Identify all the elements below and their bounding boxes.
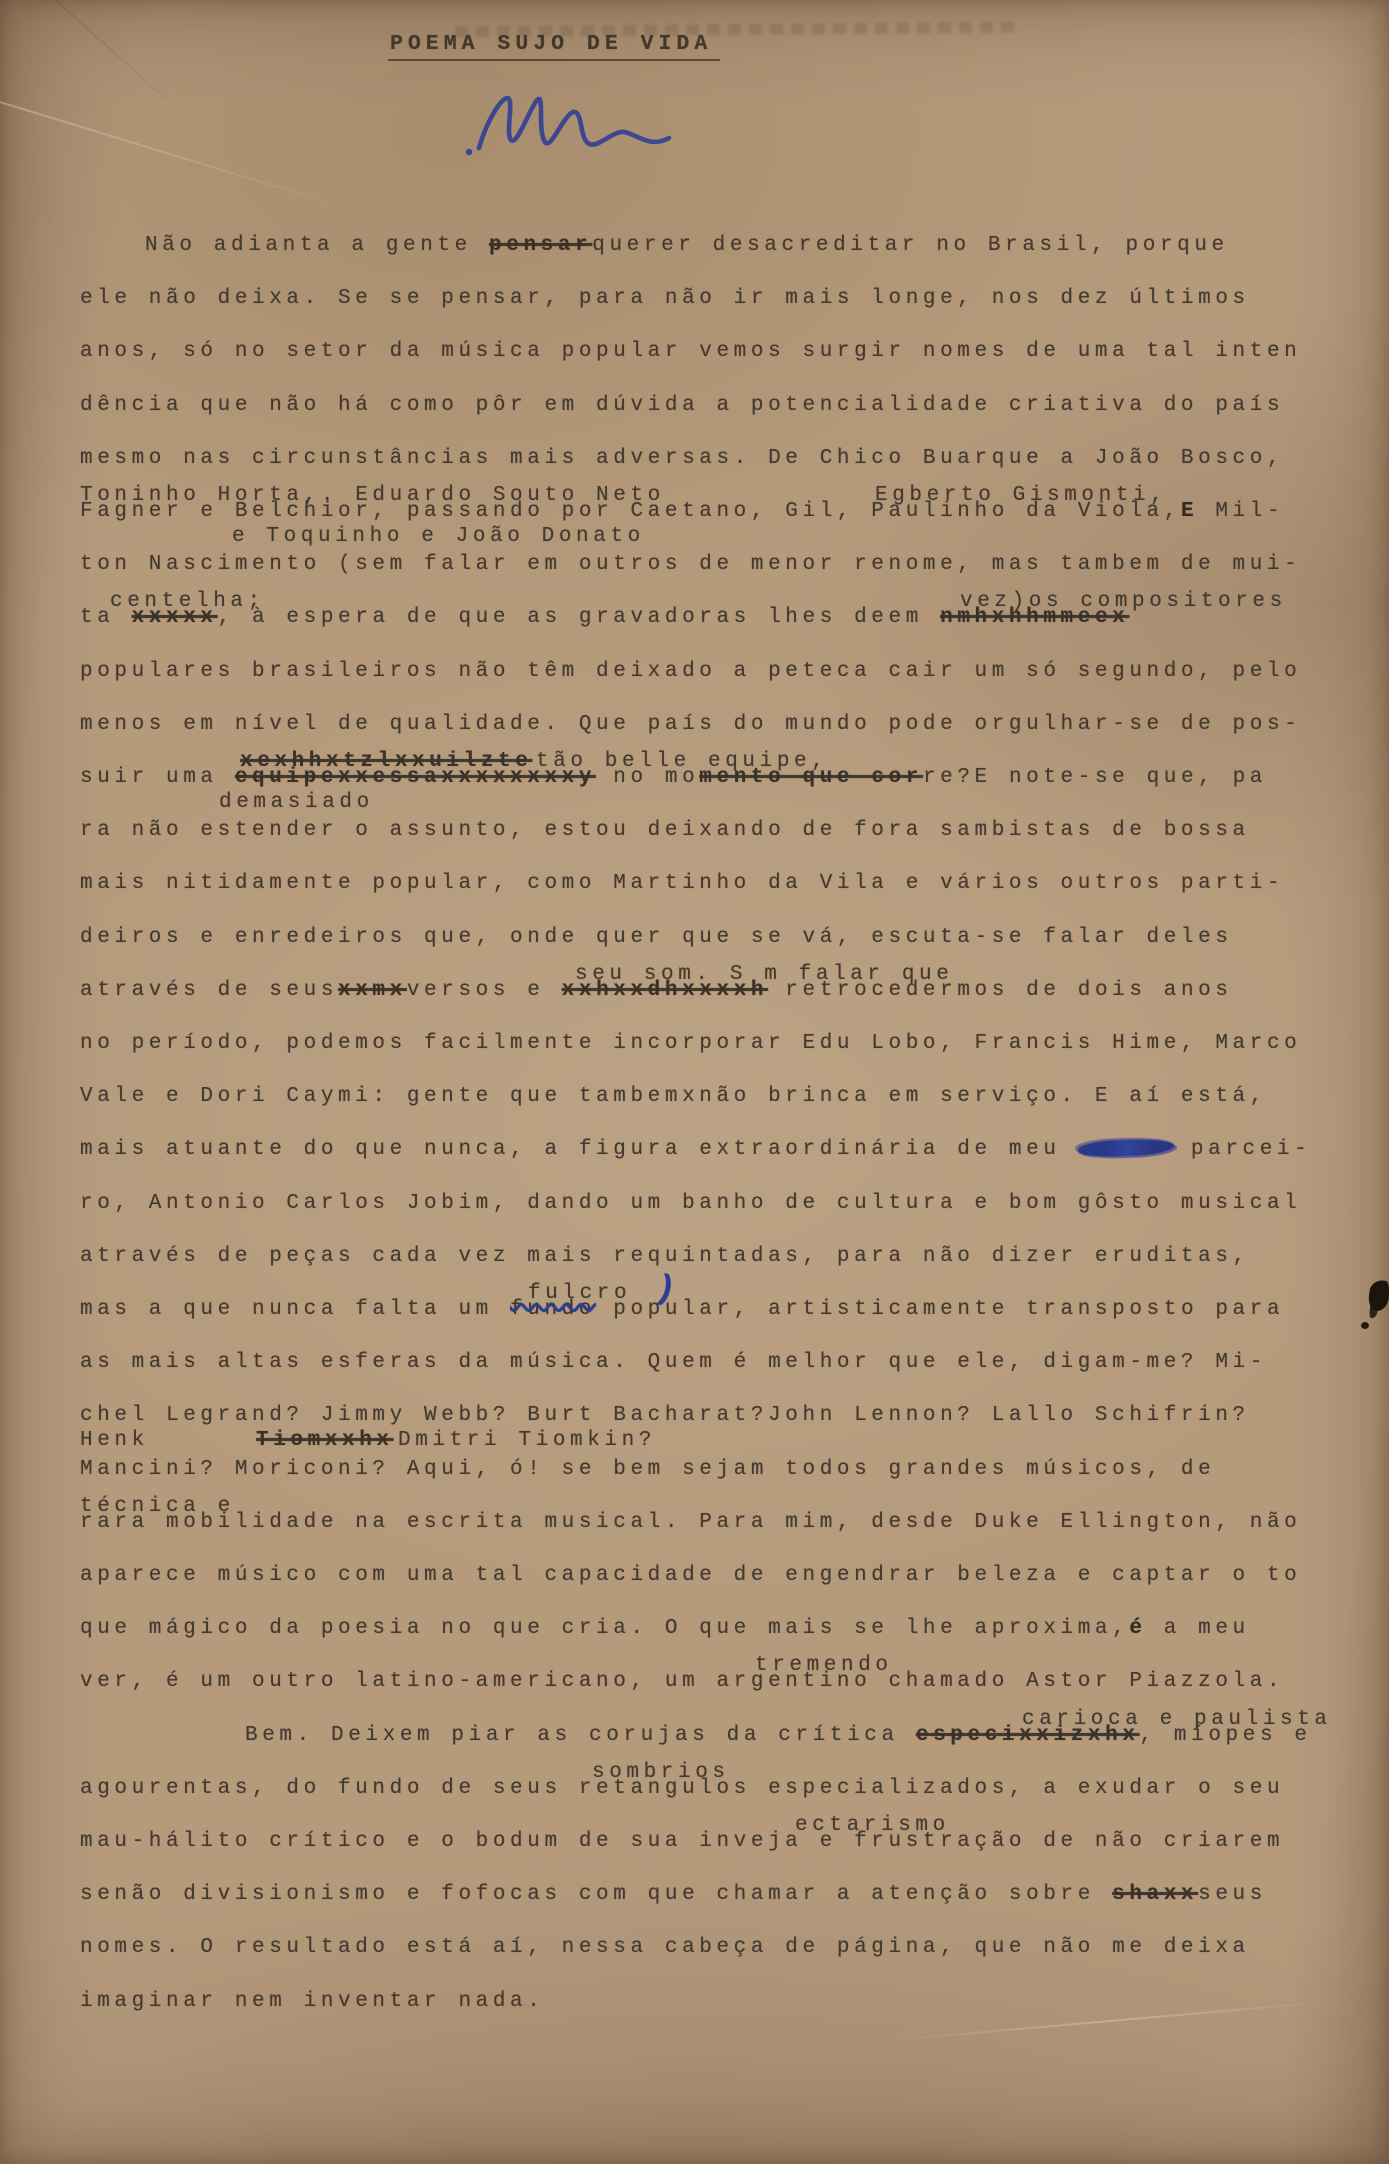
typed-text: , à espera de que as gravadoras lhes dee… (218, 606, 941, 629)
interlinear-insertion: e Toquinho e João Donato (232, 524, 645, 550)
typed-text: deiros e enredeiros que, onde quer que s… (80, 926, 1233, 949)
typed-text: Mil- (1198, 500, 1284, 523)
typed-text: populares brasileiros não têm deixado a … (80, 660, 1301, 683)
typed-text: mesmo nas circunstâncias mais adversas. … (80, 447, 1284, 470)
typed-text: que mágico da poesia no que cria. O que … (80, 1617, 1129, 1640)
typed-line: nomes. O resultado está aí, nessa cabeça… (80, 1935, 1372, 1988)
interlinear-insertion: centelha; (110, 589, 265, 615)
typed-line: ro, Antonio Carlos Jobim, dando um banho… (80, 1191, 1372, 1244)
typed-line: imaginar nem inventar nada. (80, 1989, 1372, 2042)
typed-line: através de seusxxmxversos e xxhxxdhxxxxh… (80, 978, 1372, 1031)
typed-text: menos em nível de qualidade. Que país do… (80, 713, 1301, 736)
ink-dot (1361, 1322, 1369, 1329)
typed-text: ver, é um outro latino-americano, um arg… (80, 1670, 1284, 1693)
typed-text: desacreditar no Brasil, porque (695, 234, 1228, 257)
typed-text: versos e (407, 979, 562, 1002)
interlinear-insertion: sombrios (592, 1760, 730, 1786)
typed-line: Não adianta a gente pensarquerer desacre… (80, 233, 1372, 286)
interlinear-insertion: xexhhxtzlxxuilzte (240, 749, 532, 775)
typed-line: mas a que nunca falta um fundo popular, … (80, 1297, 1372, 1350)
interlinear-insertion: seu som. S m falar que (575, 962, 953, 988)
typed-text: suir uma (80, 766, 235, 789)
typed-text: aparece músico com uma tal capacidade de… (80, 1564, 1301, 1587)
typed-text: através de peças cada vez mais requintad… (80, 1245, 1250, 1268)
interlinear-insertion: tremendo (755, 1653, 893, 1679)
typed-text: Bem. Deixem piar as corujas da crítica (245, 1724, 916, 1747)
typed-text: re?E note-se que, pa (923, 766, 1267, 789)
typed-line: dência que não há como pôr em dúvida a p… (80, 393, 1372, 446)
typed-text: ro, Antonio Carlos Jobim, dando um banho… (80, 1192, 1301, 1215)
typed-text: mas a que nunca falta um (80, 1298, 510, 1321)
interlinear-insertion: Dmitri Tiomkin? (398, 1428, 656, 1454)
interlinear-insertion: Toninho Horta,. Eduardo Souto Neto (80, 483, 665, 509)
typed-text: ton Nascimento (sem falar em outros de m… (80, 553, 1301, 576)
typed-text: seus (1198, 1883, 1267, 1906)
interlinear-insertion: Egberto Gismonti, (875, 483, 1167, 509)
typed-text: querer (592, 234, 695, 257)
interlinear-insertion: ) (653, 1278, 682, 1303)
typed-text: mais nitidamente popular, como Martinho … (80, 872, 1284, 895)
typed-text: rara mobilidade na escrita musical. Para… (80, 1511, 1301, 1534)
typed-line: senão divisionismo e fofocas com que cha… (80, 1882, 1372, 1935)
struck-text: pensar (489, 234, 592, 257)
typed-line: mais atuante do que nunca, a figura extr… (80, 1137, 1372, 1190)
struck-text: shaxx (1112, 1883, 1198, 1906)
typed-text: ra não estender o assunto, estou deixand… (80, 819, 1250, 842)
typed-line: ta xxxxx, à espera de que as gravadoras … (80, 605, 1372, 658)
interlinear-insertion: fulcro (528, 1281, 631, 1307)
interlinear-insertion: Henk (80, 1428, 149, 1454)
typed-text: anos, só no setor da música popular vemo… (80, 340, 1301, 363)
typed-line: Vale e Dori Caymi: gente que tambemxnão … (80, 1084, 1372, 1137)
typed-text: através de seus (80, 979, 338, 1002)
typed-text: no período, podemos facilmente incorpora… (80, 1032, 1301, 1055)
typed-line: anos, só no setor da música popular vemo… (80, 339, 1372, 392)
typed-line: através de peças cada vez mais requintad… (80, 1244, 1372, 1297)
interlinear-insertion: técnica e (80, 1494, 235, 1520)
typed-line: ra não estender o assunto, estou deixand… (80, 818, 1372, 871)
typed-text: imaginar nem inventar nada. (80, 1990, 544, 2013)
interlinear-insertion: carioca e paulista (1022, 1707, 1332, 1733)
typed-text: chel Legrand? Jimmy Webb? Burt Bacharat?… (80, 1404, 1250, 1427)
typed-line: Mancini? Moriconi? Aqui, ó! se bem sejam… (80, 1457, 1372, 1510)
typed-line: populares brasileiros não têm deixado a … (80, 659, 1372, 712)
typed-line: chel Legrand? Jimmy Webb? Burt Bacharat?… (80, 1403, 1372, 1456)
typed-text: Não adianta a gente (145, 234, 489, 257)
typed-line: ele não deixa. Se se pensar, para não ir… (80, 286, 1372, 339)
typed-text: as mais altas esferas da música. Quem é … (80, 1351, 1267, 1374)
typed-line: suir uma equipexxessaxxxxxxxxy no moment… (80, 765, 1372, 818)
typed-line: que mágico da poesia no que cria. O que … (80, 1616, 1372, 1669)
typed-line: agourentas, do fundo de seus retangulos … (80, 1776, 1372, 1829)
typed-line: no período, podemos facilmente incorpora… (80, 1031, 1372, 1084)
interlinear-insertion: ectarismo (795, 1813, 950, 1839)
typed-text: Mancini? Moriconi? Aqui, ó! se bem sejam… (80, 1458, 1215, 1481)
interlinear-insertion: demasiado (219, 790, 374, 816)
typed-text: Vale e Dori Caymi: gente que tambemxnão … (80, 1085, 1267, 1108)
interlinear-insertion: tão belle equipe, (536, 749, 828, 775)
typed-text: dência que não há como pôr em dúvida a p… (80, 394, 1284, 417)
typed-text: popular, artisticamente transposto para (596, 1298, 1284, 1321)
typed-text: nomes. O resultado está aí, nessa cabeça… (80, 1936, 1250, 1959)
typed-line: Fagner e Belchior, passando por Caetano,… (80, 499, 1372, 552)
document-body: Não adianta a gente pensarquerer desacre… (0, 0, 1389, 2164)
typed-line: aparece músico com uma tal capacidade de… (80, 1563, 1372, 1616)
typed-text: senão divisionismo e fofocas com que cha… (80, 1883, 1112, 1906)
typed-text: mau-hálito crítico e o bodum de sua inve… (80, 1830, 1284, 1853)
typed-text: mais atuante do que nunca, a figura extr… (80, 1138, 1078, 1161)
typed-text: parcei- (1174, 1138, 1312, 1161)
typed-line: mau-hálito crítico e o bodum de sua inve… (80, 1829, 1372, 1882)
typed-line: as mais altas esferas da música. Quem é … (80, 1350, 1372, 1403)
overtyped-text: é (1129, 1617, 1146, 1640)
document-page: POEMA SUJO DE VIDA Não adianta a gente p… (0, 0, 1389, 2164)
interlinear-insertion: vez)os compositores (960, 589, 1287, 615)
interlinear-insertion: Tiomxxhx (256, 1428, 394, 1454)
typed-text: a meu (1147, 1617, 1250, 1640)
struck-text: xxmx (338, 979, 407, 1002)
typed-text: ele não deixa. Se se pensar, para não ir… (80, 287, 1250, 310)
ink-scribble-word (1078, 1138, 1174, 1157)
typed-line: mais nitidamente popular, como Martinho … (80, 871, 1372, 924)
overtyped-text: E (1181, 500, 1198, 523)
typed-line: rara mobilidade na escrita musical. Para… (80, 1510, 1372, 1563)
